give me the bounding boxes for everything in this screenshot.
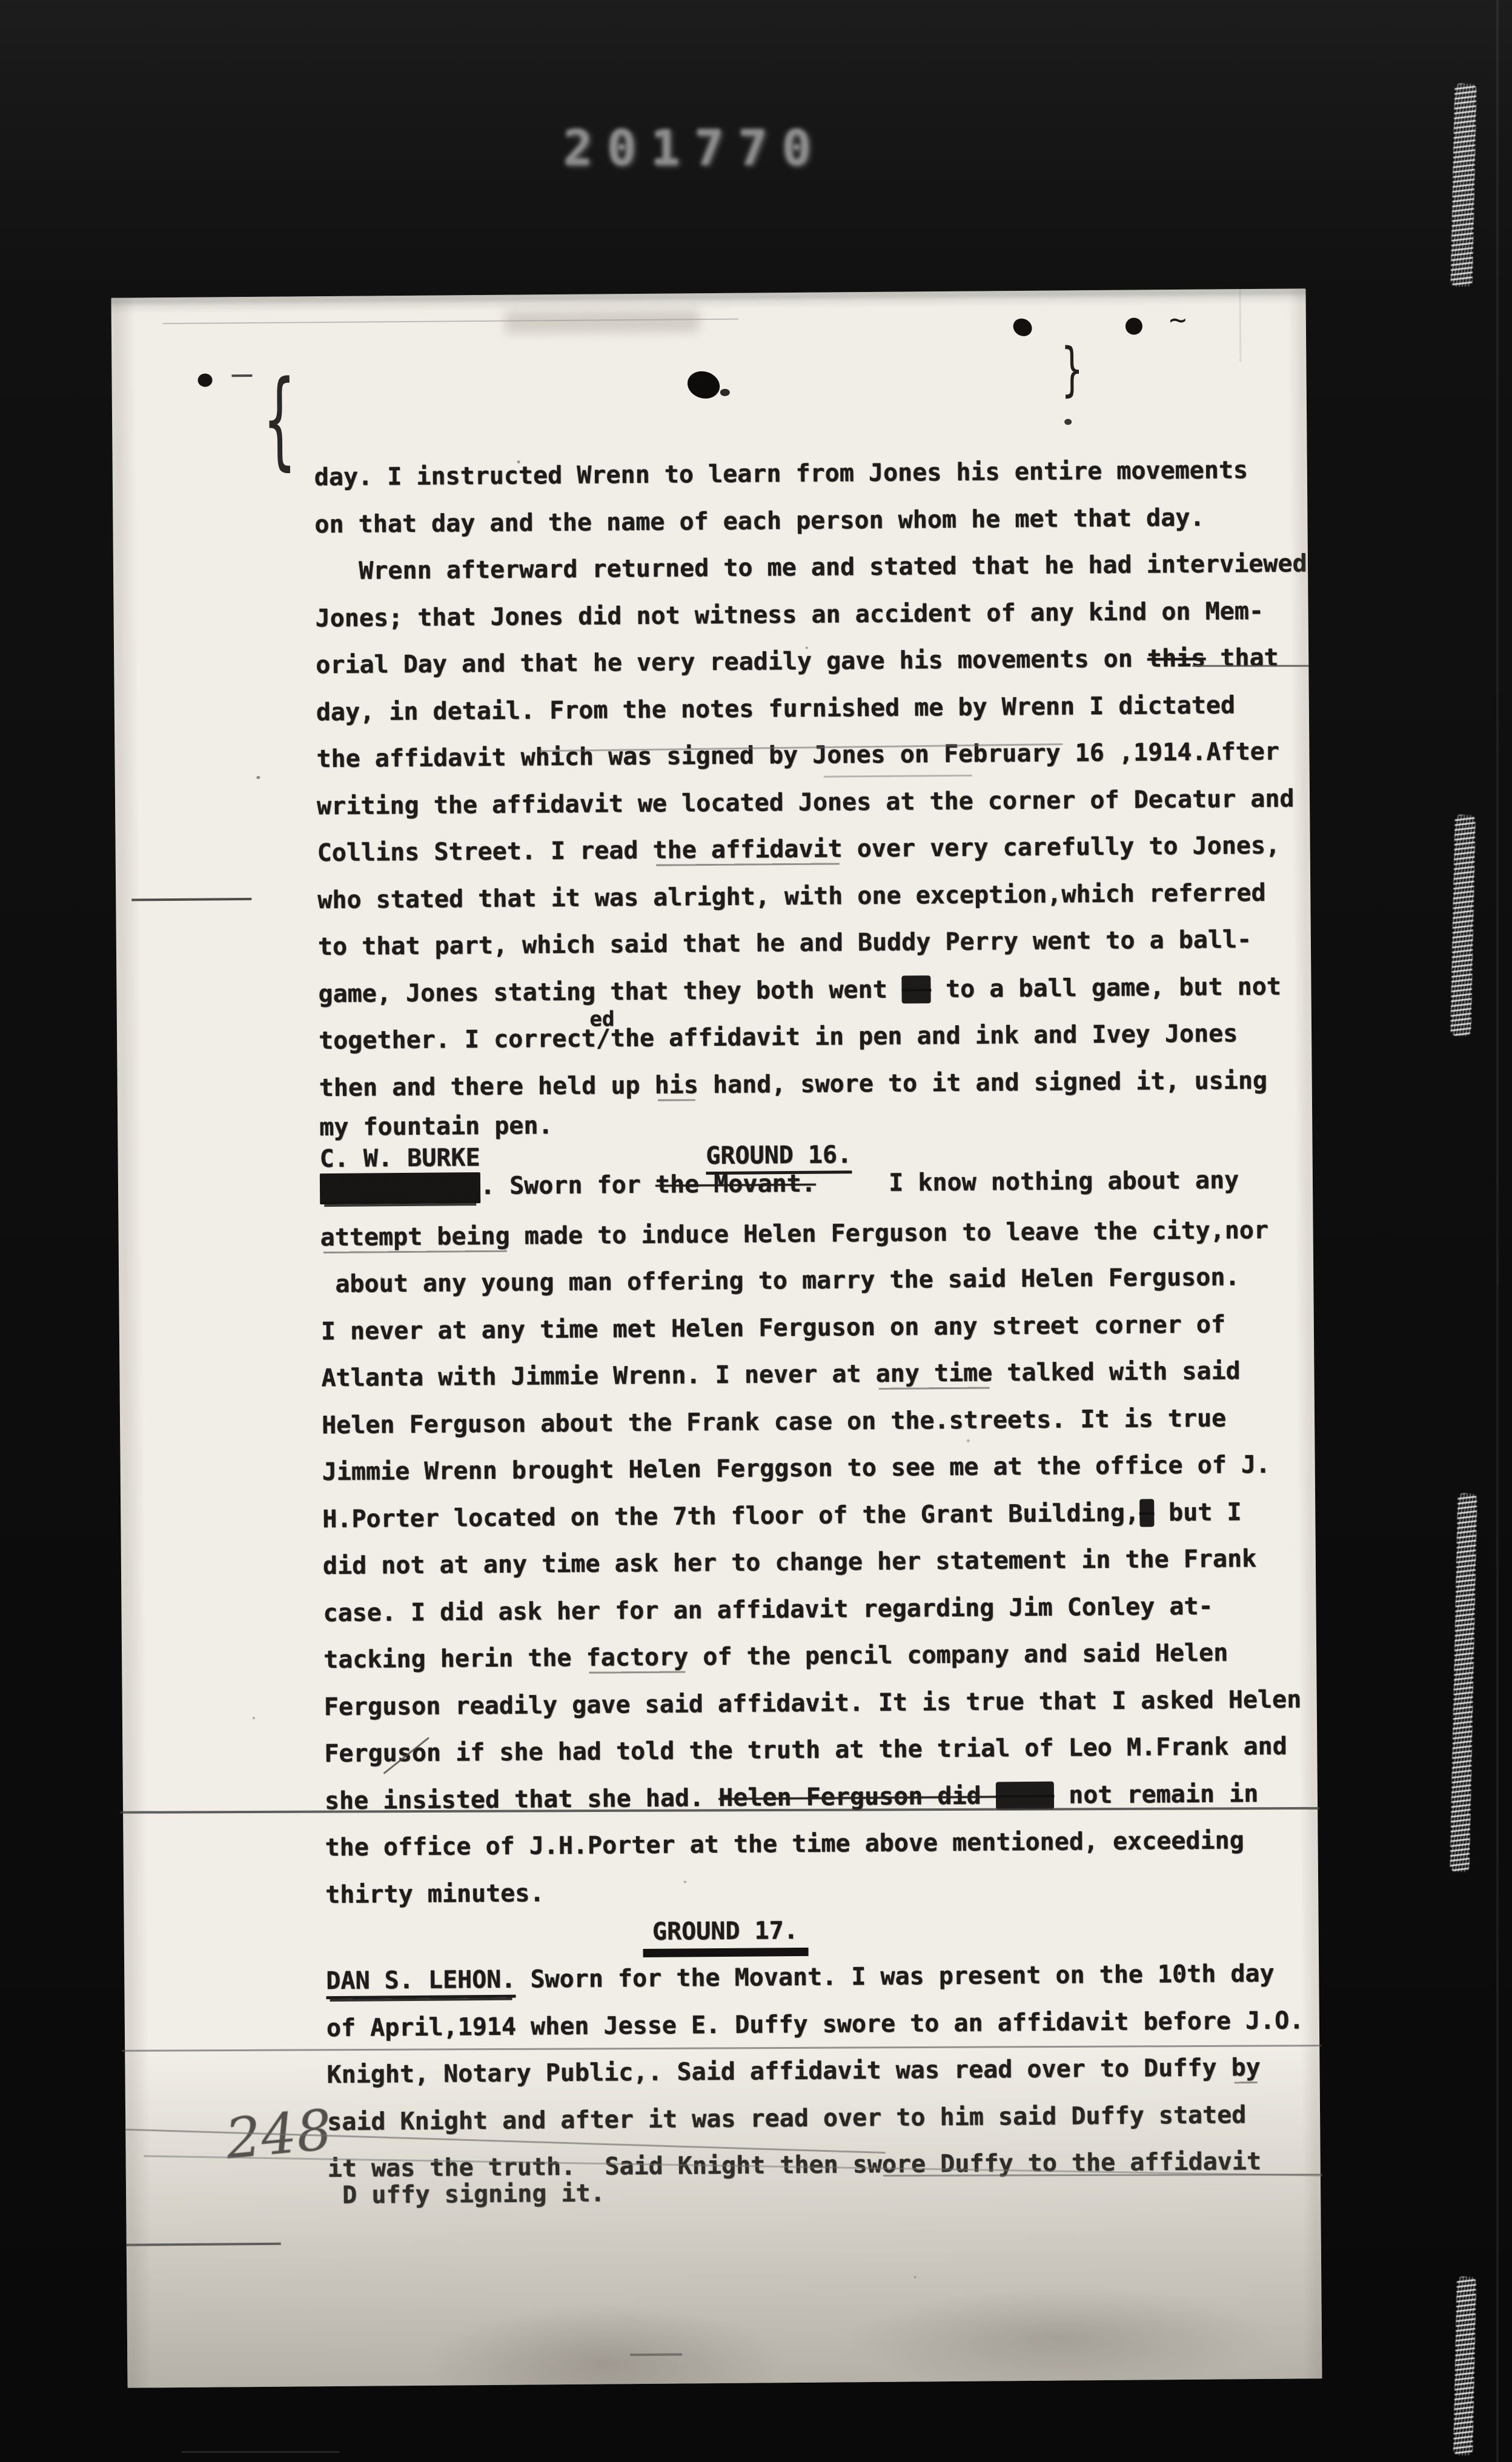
text-segment: thirty minutes. bbox=[325, 1879, 545, 1909]
text-line: H.Porter located on the 7th floor of the… bbox=[322, 1498, 1321, 1552]
text-segment: over very carefully to Jones, bbox=[842, 832, 1280, 863]
text-line: D uffy signing it. bbox=[328, 2174, 1327, 2228]
text-line: the office of J.H.Porter at the time abo… bbox=[325, 1826, 1324, 1880]
text-line: writing the affidavit we located Jones a… bbox=[317, 785, 1316, 839]
text-segment: then and there held up bbox=[319, 1071, 655, 1101]
text-segment: /the affidavit in pen and ink and Ivey J… bbox=[595, 1020, 1238, 1052]
text-line: Wrenn afterward returned to me and state… bbox=[315, 549, 1314, 604]
text-segment: Sworn for the Movant. I was present on t… bbox=[516, 1960, 1275, 1994]
text-segment: day. I instructed Wrenn to learn from Jo… bbox=[314, 456, 1248, 491]
smudge-top bbox=[505, 309, 699, 334]
text-segment: I know nothing about any bbox=[816, 1166, 1239, 1197]
film-bottom-line bbox=[182, 2451, 339, 2453]
text-segment: hand, swore to it and signed it, using bbox=[698, 1066, 1268, 1098]
text-segment-u-pencil: the affidavit bbox=[652, 835, 842, 864]
pen-brace-right: } bbox=[1061, 340, 1083, 398]
text-line: did not at any time ask her to change he… bbox=[323, 1544, 1322, 1599]
text-line: day. I instructed Wrenn to learn from Jo… bbox=[314, 456, 1313, 510]
text-segment: Atlanta with Jimmie Wrenn. I never at bbox=[321, 1360, 875, 1392]
text-segment: D uffy signing it. bbox=[328, 2179, 605, 2209]
pencil-dash-left bbox=[231, 374, 252, 377]
text-segment-u-pencil: factory bbox=[586, 1643, 688, 1671]
text-line: Jones; that Jones did not witness an acc… bbox=[315, 597, 1314, 651]
text-segment: . Sworn for bbox=[480, 1170, 655, 1199]
text-line: together. I corrected/the affidavit in p… bbox=[319, 1019, 1318, 1073]
film-edge-scribble bbox=[1450, 1493, 1477, 1873]
text-line: GROUND 17. bbox=[326, 1913, 1325, 1967]
text-segment: not remain in bbox=[1054, 1780, 1259, 1810]
text-line: game, Jones stating that they both went … bbox=[318, 972, 1317, 1027]
ink-blot-tail bbox=[720, 389, 730, 396]
pencil-dash-bottom bbox=[630, 2353, 682, 2356]
film-edge-scribble bbox=[1450, 815, 1476, 1037]
text-line: I never at any time met Helen Ferguson o… bbox=[321, 1310, 1320, 1364]
text-line: on that day and the name of each person … bbox=[314, 503, 1313, 557]
text-line: Ferguson readily gave said affidavit. It… bbox=[324, 1685, 1323, 1740]
text-segment-redact: XXXXXXXXXXX bbox=[320, 1172, 480, 1204]
text-line: DAN S. LEHON. Sworn for the Movant. I wa… bbox=[326, 1959, 1325, 2014]
text-segment: to a ball game, but not bbox=[931, 972, 1281, 1003]
text-line: Jimmie Wrenn brought Helen Ferggson to s… bbox=[322, 1450, 1321, 1505]
film-edge-scribble bbox=[1453, 2277, 1476, 2456]
text-segment: orial Day and that he very readily gave … bbox=[316, 645, 1147, 679]
text-segment: talked with said bbox=[992, 1357, 1241, 1387]
ink-blot-center bbox=[684, 367, 723, 402]
text-segment: together. I correct bbox=[319, 1025, 596, 1055]
microfilm-scan: { "film": { "frame_number": "201770", "b… bbox=[0, 0, 1512, 2462]
text-segment: tacking herin the bbox=[323, 1644, 586, 1674]
text-line: Knight, Notary Public,. Said affidavit w… bbox=[327, 2053, 1325, 2108]
text-segment: H.Porter located on the 7th floor of the… bbox=[322, 1499, 1139, 1533]
text-segment-strike-thin: the Movant. bbox=[655, 1169, 816, 1198]
text-line: she insisted that she had. Helen Ferguso… bbox=[325, 1779, 1324, 1834]
ink-blob-v bbox=[1010, 315, 1035, 340]
text-line: of April,1914 when Jesse E. Duffy swore … bbox=[327, 2006, 1325, 2061]
text-segment-blot: in bbox=[902, 975, 932, 1003]
pen-brace-left: { bbox=[263, 367, 296, 473]
text-segment: game, Jones stating that they both went bbox=[318, 975, 902, 1008]
text-segment: C. W. BURKE bbox=[319, 1144, 480, 1173]
text-line: Collins Street. I read the affidavit ove… bbox=[317, 831, 1316, 886]
line-after-that bbox=[1192, 665, 1308, 667]
text-segment-u-pencil: any time bbox=[875, 1359, 992, 1388]
text-line: orial Day and that he very readily gave … bbox=[316, 643, 1315, 698]
text-line: day, in detail. From the notes furnished… bbox=[316, 691, 1315, 745]
margin-dash bbox=[131, 898, 251, 901]
short-line-bottom-left bbox=[127, 2243, 281, 2246]
fold-line-top-right bbox=[1239, 289, 1241, 362]
text-line: Atlanta with Jimmie Wrenn. I never at an… bbox=[321, 1356, 1320, 1411]
text-segment-strike-bold: this bbox=[1147, 645, 1206, 673]
text-line: to that part, which said that he and Bud… bbox=[318, 925, 1317, 980]
ink-blob-left bbox=[197, 373, 212, 387]
film-edge-scribble bbox=[1450, 84, 1476, 287]
film-frame-number: 201770 bbox=[563, 120, 903, 176]
text-line: Ferguson if she had told the truth at th… bbox=[324, 1732, 1323, 1787]
ink-dot bbox=[1064, 419, 1072, 425]
text-segment-blot: xxxx bbox=[996, 1781, 1055, 1810]
text-segment-cabs: GROUND 17. bbox=[643, 1916, 808, 1957]
text-line: attempt being made to induce Helen Fergu… bbox=[320, 1216, 1319, 1270]
document-page: day. I instructed Wrenn to learn from Jo… bbox=[111, 288, 1322, 2387]
text-line: XXXXXXXXXXX. Sworn for the Movant. I kno… bbox=[320, 1166, 1319, 1224]
text-segment-strike: Helen Ferguson did bbox=[718, 1782, 996, 1812]
text-segment: made to induce Helen Ferguson to leave t… bbox=[510, 1216, 1269, 1250]
text-segment: Collins Street. I read bbox=[317, 837, 653, 867]
text-line: about any young man offering to marry th… bbox=[320, 1263, 1319, 1317]
text-line: said Knight and after it was read over t… bbox=[327, 2100, 1326, 2155]
text-segment: my fountain pen. bbox=[319, 1112, 553, 1141]
text-line: tacking herin the factory of the pencil … bbox=[323, 1638, 1322, 1693]
film-edge-line bbox=[1496, 0, 1499, 2462]
text-segment-u-pencil: by bbox=[1231, 2054, 1261, 2082]
text-line: case. I did ask her for an affidavit reg… bbox=[323, 1591, 1322, 1646]
text-segment: of the pencil company and said Helen bbox=[688, 1639, 1228, 1671]
pen-squiggle: ~ bbox=[1169, 305, 1187, 334]
text-line: Helen Ferguson about the Frank case on t… bbox=[322, 1404, 1321, 1458]
text-segment-u-pencil: attempt being bbox=[320, 1222, 509, 1251]
text-segment: but I bbox=[1154, 1498, 1242, 1527]
ink-blob-round bbox=[1126, 317, 1142, 334]
text-segment: that bbox=[1205, 644, 1279, 672]
text-segment-u-heavy2: DAN S. LEHON. bbox=[326, 1966, 516, 1999]
text-line: who stated that it was alright, with one… bbox=[317, 878, 1316, 933]
text-segment-blot: I bbox=[1139, 1499, 1154, 1527]
text-line: the affidavit which was signed by Jones … bbox=[316, 737, 1315, 792]
typewritten-text-block: day. I instructed Wrenn to learn from Jo… bbox=[314, 456, 1327, 2228]
text-segment-u-pencil: his bbox=[654, 1071, 698, 1100]
